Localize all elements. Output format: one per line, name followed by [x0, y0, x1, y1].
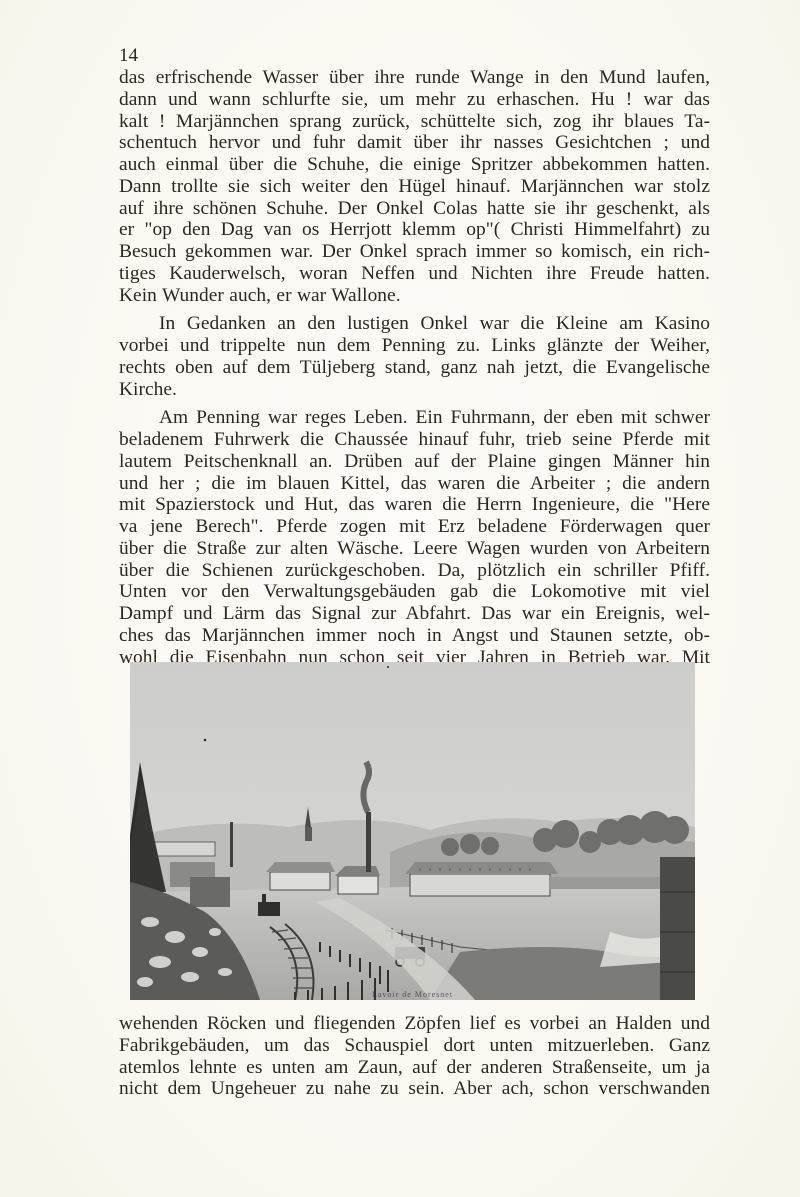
body-text-bottom: wehenden Röcken und fliegenden Zöpfen li… — [119, 1013, 710, 1100]
text-line: dann und wann schlurfte sie, um mehr zu … — [119, 89, 710, 111]
text-line: lautem Peitschenknall an. Drüben auf der… — [119, 451, 710, 473]
text-line: wehenden Röcken und fliegenden Zöpfen li… — [119, 1013, 710, 1035]
industrial-landscape-image — [130, 662, 695, 1000]
text-line: über die Schienen zurückgeschoben. Da, p… — [119, 560, 710, 582]
text-line: über die Straße zur alten Wäsche. Leere … — [119, 538, 710, 560]
text-line: Dampf und Lärm das Signal zur Abfahrt. D… — [119, 603, 710, 625]
text-line: das erfrischende Wasser über ihre runde … — [119, 67, 710, 89]
text-line: Am Penning war reges Leben. Ein Fuhrmann… — [119, 407, 710, 429]
text-line: Dann trollte sie sich weiter den Hügel h… — [119, 176, 710, 198]
text-line: Kein Wunder auch, er war Wallone. — [119, 285, 710, 307]
text-line: nicht dem Ungeheuer zu nahe zu sein. Abe… — [119, 1078, 710, 1100]
text-line: In Gedanken an den lustigen Onkel war di… — [119, 313, 710, 335]
text-line: Besuch gekommen war. Der Onkel sprach im… — [119, 241, 710, 263]
text-line: schentuch hervor und fuhr damit über ihr… — [119, 132, 710, 154]
paragraph-continuation: wehenden Röcken und fliegenden Zöpfen li… — [119, 1013, 710, 1100]
text-line: rechts oben auf dem Tüljeberg stand, gan… — [119, 357, 710, 379]
text-line: und her ; die im blauen Kittel, das ware… — [119, 473, 710, 495]
text-line: atemlos lehnte es unten am Zaun, auf der… — [119, 1057, 710, 1079]
text-line: auf ihre schönen Schuhe. Der Onkel Colas… — [119, 198, 710, 220]
text-line: er "op den Dag van os Herrjott klemm op"… — [119, 219, 710, 241]
text-line: ches das Marjännchen immer noch in Angst… — [119, 625, 710, 647]
text-line: vorbei und trippelte nun dem Penning zu.… — [119, 335, 710, 357]
page-number: 14 — [119, 45, 138, 67]
engraving-illustration: Lavoir de Moresnet — [130, 662, 695, 1000]
paragraph-3: Am Penning war reges Leben. Ein Fuhrmann… — [119, 407, 710, 668]
illustration-caption: Lavoir de Moresnet — [130, 990, 695, 999]
text-line: beladenem Fuhrwerk die Chaussée hinauf f… — [119, 429, 710, 451]
text-line: Kirche. — [119, 379, 710, 401]
book-page: 14 das erfrischende Wasser über ihre run… — [0, 0, 800, 1197]
text-line: Unten vor den Verwaltungsgebäuden gab di… — [119, 581, 710, 603]
text-line: mit Spazierstock und Hut, das waren die … — [119, 494, 710, 516]
text-line: tiges Kauderwelsch, woran Neffen und Nic… — [119, 263, 710, 285]
paragraph-2: In Gedanken an den lustigen Onkel war di… — [119, 313, 710, 400]
text-line: kalt ! Marjännchen sprang zurück, schütt… — [119, 111, 710, 133]
paragraph-1: das erfrischende Wasser über ihre runde … — [119, 67, 710, 306]
text-line: va jene Berech". Pferde zogen mit Erz be… — [119, 516, 710, 538]
body-text-top: das erfrischende Wasser über ihre runde … — [119, 67, 710, 668]
text-line: Fabrikgebäuden, um das Schauspiel dort u… — [119, 1035, 710, 1057]
text-line: auch einmal über die Schuhe, die einige … — [119, 154, 710, 176]
